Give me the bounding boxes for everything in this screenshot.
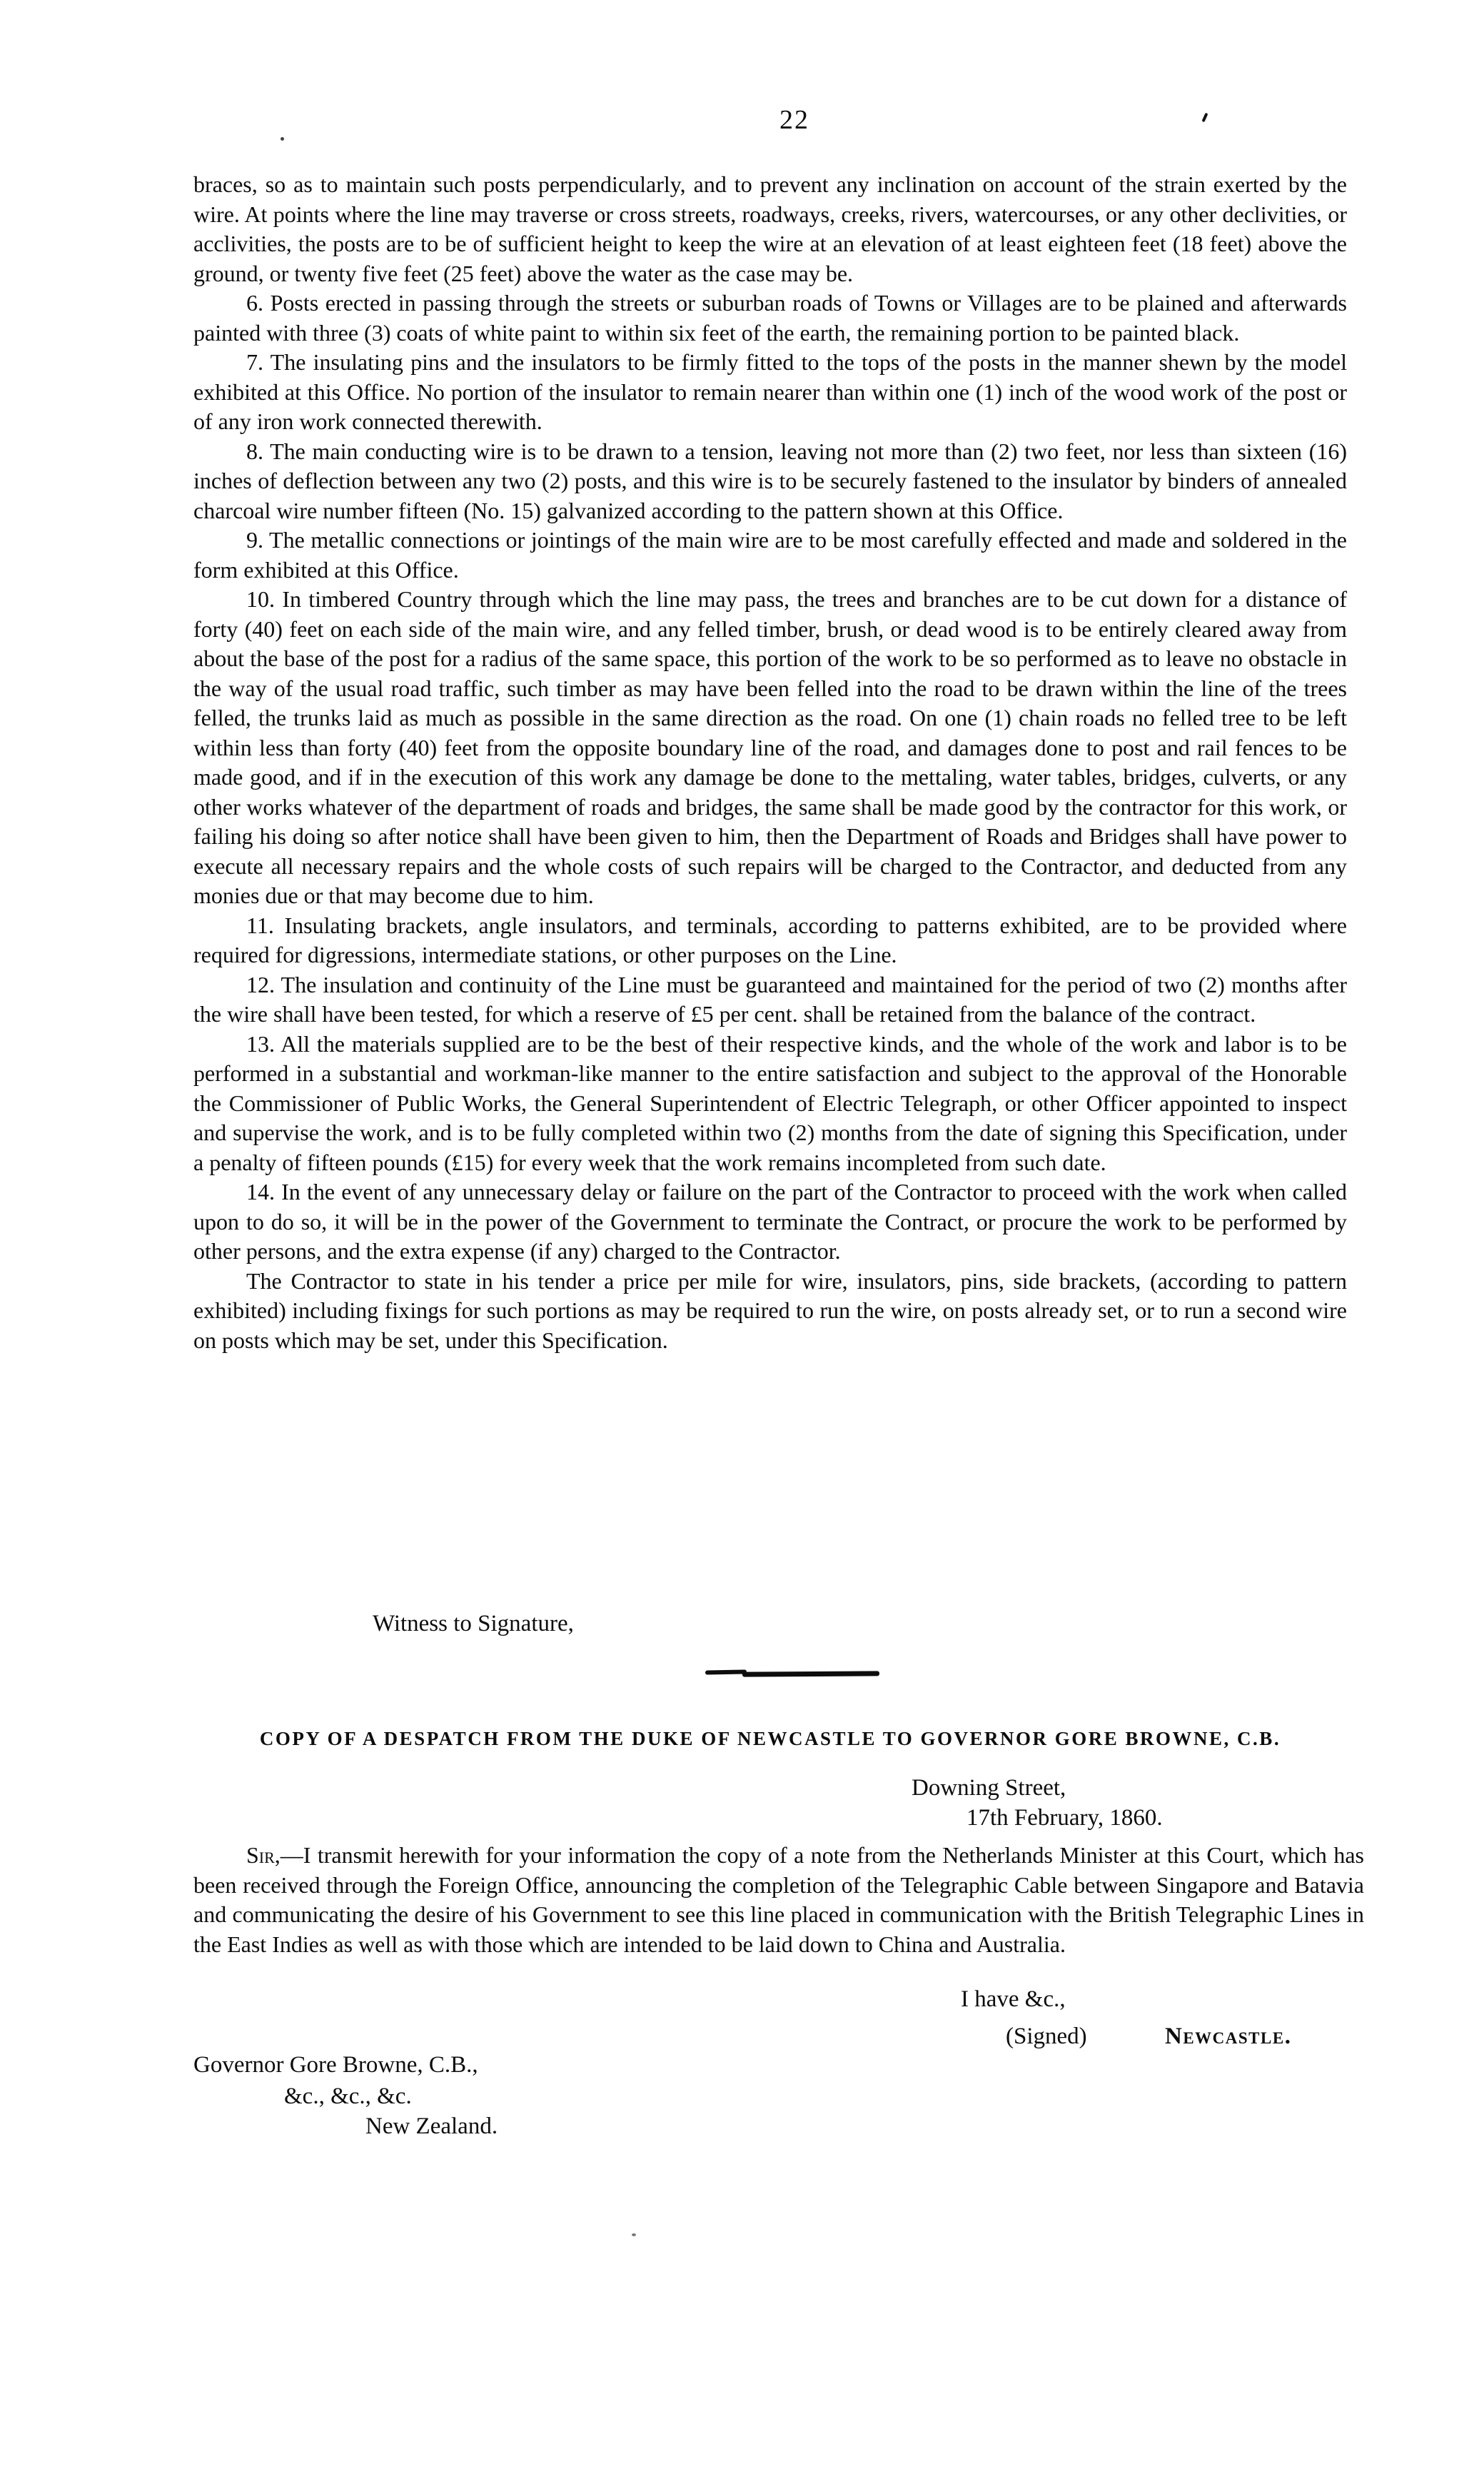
ink-speck-dot: [281, 137, 284, 141]
spec-paragraph: 7. The insulating pins and the insulator…: [193, 348, 1347, 437]
despatch-paragraph: Sir,—I transmit herewith for your inform…: [193, 1841, 1364, 1959]
salutation: Sir: [246, 1842, 275, 1868]
divider-segment: [742, 1671, 879, 1676]
spec-paragraph: 6. Posts erected in passing through the …: [193, 288, 1347, 348]
spec-paragraph: 13. All the materials supplied are to be…: [193, 1030, 1347, 1178]
signed-label: (Signed): [1006, 2023, 1087, 2050]
valediction: I have &c.,: [961, 1986, 1066, 2013]
spec-paragraph: 10. In timbered Country through which th…: [193, 585, 1347, 911]
despatch-heading: COPY OF A DESPATCH FROM THE DUKE OF NEWC…: [193, 1728, 1347, 1750]
spec-paragraph: 14. In the event of any unnecessary dela…: [193, 1177, 1347, 1267]
specification-body: braces, so as to maintain such posts per…: [193, 170, 1347, 1355]
spec-paragraph: 9. The metallic connections or jointings…: [193, 526, 1347, 585]
dateline-date: 17th February, 1860.: [966, 1805, 1163, 1831]
addressee-name: Governor Gore Browne, C.B.,: [193, 2052, 478, 2078]
addressee-etc: &c., &c., &c.: [284, 2083, 412, 2110]
divider-segment: [705, 1669, 747, 1674]
despatch-paragraph-text: ,—I transmit herewith for your informati…: [193, 1842, 1364, 1957]
document-page: 22 braces, so as to maintain such posts …: [0, 0, 1484, 2479]
spec-paragraph: 11. Insulating brackets, angle insulator…: [193, 911, 1347, 970]
addressee-place: New Zealand.: [365, 2113, 498, 2140]
ink-speck-dot: [632, 2233, 636, 2236]
spec-paragraph: The Contractor to state in his tender a …: [193, 1267, 1347, 1356]
page-number: 22: [218, 104, 1371, 136]
signature-divider-rule: [705, 1669, 879, 1677]
spec-paragraph: 12. The insulation and continuity of the…: [193, 970, 1347, 1030]
signature-newcastle: Newcastle.: [1165, 2023, 1291, 2050]
dateline-place: Downing Street,: [912, 1775, 1066, 1801]
witness-to-signature-line: Witness to Signature,: [373, 1611, 574, 1637]
spec-paragraph: 8. The main conducting wire is to be dra…: [193, 437, 1347, 526]
spec-paragraph: braces, so as to maintain such posts per…: [193, 170, 1347, 288]
despatch-body: Sir,—I transmit herewith for your inform…: [193, 1841, 1364, 1959]
